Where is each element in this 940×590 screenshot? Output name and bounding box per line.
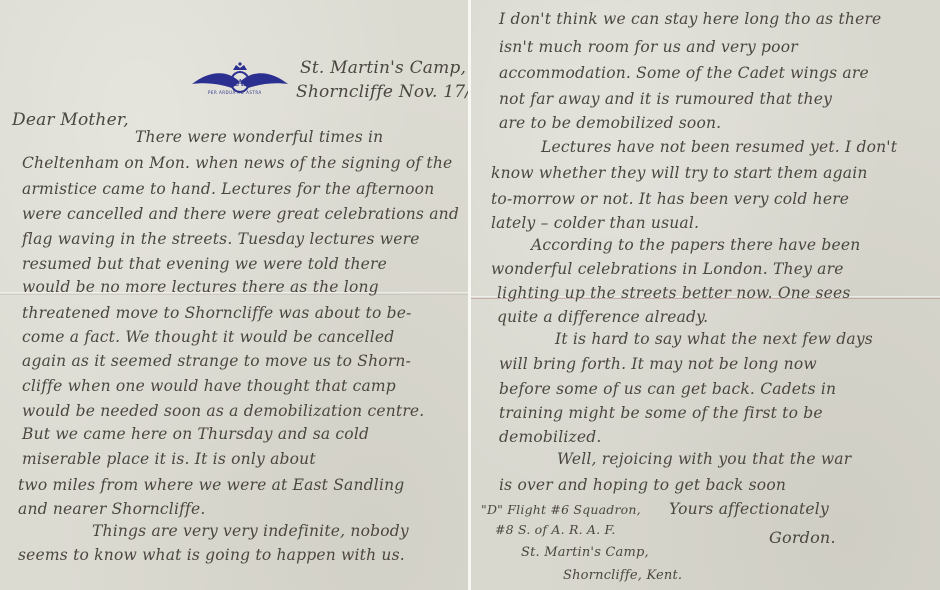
body-line: It is hard to say what the next few days [555,330,873,348]
closing: Yours affectionately [669,500,829,518]
body-line: Things are very very indefinite, nobody [92,522,409,540]
body-line: not far away and it is rumoured that the… [499,90,832,108]
body-line: would be no more lectures there as the l… [22,278,379,296]
header-address-line2: Shorncliffe Nov. 17/18. [296,82,468,102]
letter-spread: RAF PER ARDUA AD ASTRA St. Martin's Camp… [0,0,940,590]
body-line: know whether they will try to start them… [491,164,868,182]
body-line: threatened move to Shorncliffe was about… [22,304,412,322]
body-line: are to be demobilized soon. [499,114,721,132]
body-line: Cheltenham on Mon. when news of the sign… [22,154,452,172]
body-line: again as it seemed strange to move us to… [22,352,411,370]
body-line: Lectures have not been resumed yet. I do… [541,138,897,156]
signature: Gordon. [769,528,836,547]
letterhead-motto: PER ARDUA AD ASTRA [208,90,262,95]
body-line: would be needed soon as a demobilization… [22,402,424,420]
body-line: lighting up the streets better now. One … [497,284,851,302]
body-line: I don't think we can stay here long tho … [499,10,881,28]
letter-page-left: RAF PER ARDUA AD ASTRA St. Martin's Camp… [0,0,468,590]
body-line: lately – colder than usual. [491,214,699,232]
header-address-line1: St. Martin's Camp, [300,58,466,78]
body-line: demobilized. [499,428,602,446]
body-line: training might be some of the first to b… [499,404,823,422]
body-line: is over and hoping to get back soon [499,476,786,494]
royal-flying-corps-wings-crest-icon: RAF [190,60,290,102]
body-line: wonderful celebrations in London. They a… [491,260,844,278]
salutation: Dear Mother, [12,110,129,130]
body-line: isn't much room for us and very poor [499,38,798,56]
body-line: accommodation. Some of the Cadet wings a… [499,64,869,82]
return-address-line: #8 S. of A. R. A. F. [495,522,616,537]
body-line: miserable place it is. It is only about [22,450,316,468]
body-line: come a fact. We thought it would be canc… [22,328,394,346]
svg-text:RAF: RAF [230,79,250,89]
letter-page-right: I don't think we can stay here long tho … [471,0,940,590]
body-line: But we came here on Thursday and sa cold [22,425,369,443]
body-line: seems to know what is going to happen wi… [18,546,405,564]
return-address-line: "D" Flight #6 Squadron, [481,502,641,517]
body-line: flag waving in the streets. Tuesday lect… [22,230,420,248]
return-address-line: St. Martin's Camp, [521,545,649,560]
body-line: There were wonderful times in [135,128,383,146]
body-line: According to the papers there have been [531,236,860,254]
body-line: resumed but that evening we were told th… [22,255,387,273]
body-line: before some of us can get back. Cadets i… [499,380,836,398]
body-line: two miles from where we were at East San… [18,476,404,494]
body-line: will bring forth. It may not be long now [499,355,817,373]
body-line: and nearer Shorncliffe. [18,500,205,518]
body-line: were cancelled and there were great cele… [22,205,459,223]
body-line: Well, rejoicing with you that the war [557,450,851,468]
body-line: cliffe when one would have thought that … [22,377,396,395]
body-line: to-morrow or not. It has been very cold … [491,190,849,208]
body-line: quite a difference already. [497,308,708,326]
return-address-line: Shorncliffe, Kent. [563,568,682,583]
body-line: armistice came to hand. Lectures for the… [22,180,434,198]
